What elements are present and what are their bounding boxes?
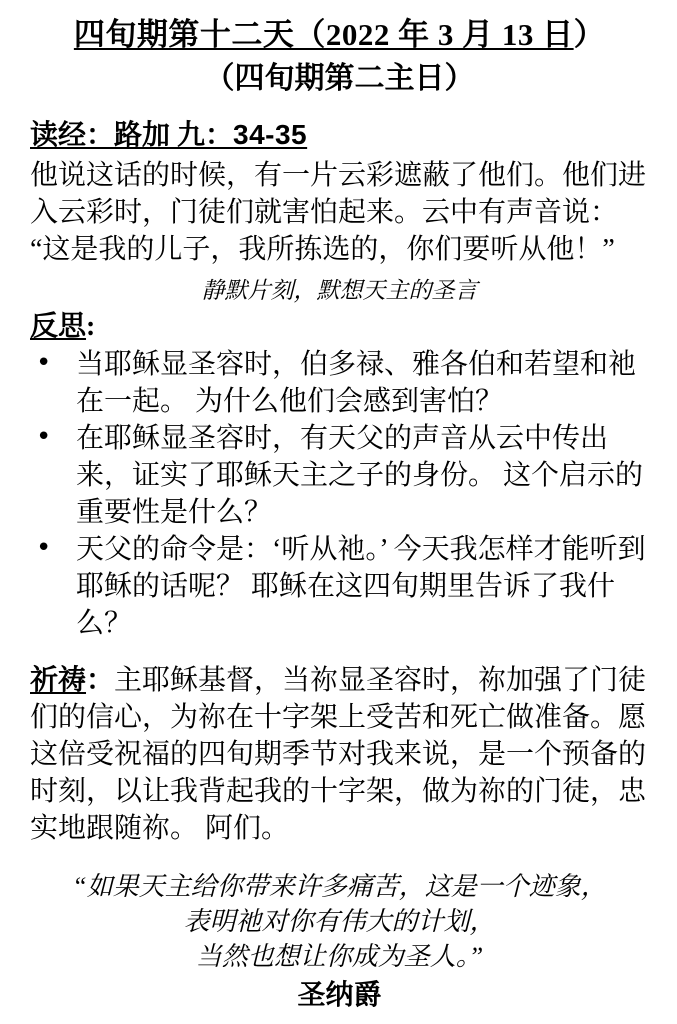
reading-heading: 读经：路加 九：34-35 xyxy=(30,116,649,155)
reflection-heading-label: 反思 xyxy=(30,311,86,342)
list-item-text: 在耶稣显圣容时，有天父的声音从云中传出来，证实了耶稣天主之子的身份。 这个启示的… xyxy=(76,423,643,528)
reflection-heading: 反思: xyxy=(30,308,649,346)
list-item-text: 当耶稣显圣容时，伯多禄、雅各伯和若望和祂在一起。 为什么他们会感到害怕？ xyxy=(76,349,636,417)
reading-verses: 34-35 xyxy=(233,119,307,150)
quote-attribution: 圣纳爵 xyxy=(30,977,649,1015)
bullet-icon: • xyxy=(36,419,51,456)
page-title-tail: ） xyxy=(574,17,606,52)
quote-line: 当然也想让你成为圣人。” xyxy=(30,939,649,974)
meditation-note: 静默片刻，默想天主的圣言 xyxy=(30,276,649,306)
document-page: 四旬期第十二天（2022 年 3 月 13 日） （四旬期第二主日） 读经：路加… xyxy=(0,0,677,1024)
prayer-label-colon: ： xyxy=(86,665,114,696)
list-item: • 当耶稣显圣容时，伯多禄、雅各伯和若望和祂在一起。 为什么他们会感到害怕？ xyxy=(30,346,649,420)
page-title-underlined: 四旬期第十二天（2022 年 3 月 13 日 xyxy=(74,17,574,52)
prayer-label: 祈祷 xyxy=(30,665,86,696)
reflection-list: • 当耶稣显圣容时，伯多禄、雅各伯和若望和祂在一起。 为什么他们会感到害怕？ •… xyxy=(30,346,649,642)
list-item: • 天父的命令是：‘听从祂。’ 今天我怎样才能听到耶稣的话呢？ 耶稣在这四旬期里… xyxy=(30,531,649,642)
list-item-text: 天父的命令是：‘听从祂。’ 今天我怎样才能听到耶稣的话呢？ 耶稣在这四旬期里告诉… xyxy=(76,534,646,639)
scripture-text: 他说这话的时候，有一片云彩遮蔽了他们。他们进入云彩时，门徒们就害怕起来。云中有声… xyxy=(30,157,649,268)
prayer-text: 主耶稣基督，当祢显圣容时，祢加强了门徒们的信心，为祢在十字架上受苦和死亡做准备。… xyxy=(30,665,646,844)
bullet-icon: • xyxy=(36,530,51,567)
list-item: • 在耶稣显圣容时，有天父的声音从云中传出来，证实了耶稣天主之子的身份。 这个启… xyxy=(30,420,649,531)
quote-line: “如果天主给你带来许多痛苦，这是一个迹象， xyxy=(30,869,649,904)
page-subtitle: （四旬期第二主日） xyxy=(30,57,649,100)
reflection-heading-colon: : xyxy=(86,311,95,342)
reading-label: 读经：路加 九： xyxy=(30,120,233,151)
prayer-paragraph: 祈祷：主耶稣基督，当祢显圣容时，祢加强了门徒们的信心，为祢在十字架上受苦和死亡做… xyxy=(30,662,649,847)
page-title: 四旬期第十二天（2022 年 3 月 13 日） xyxy=(30,12,649,57)
quote-line: 表明祂对你有伟大的计划， xyxy=(30,904,649,939)
bullet-icon: • xyxy=(36,345,51,382)
closing-quote: “如果天主给你带来许多痛苦，这是一个迹象， 表明祂对你有伟大的计划， 当然也想让… xyxy=(30,869,649,974)
